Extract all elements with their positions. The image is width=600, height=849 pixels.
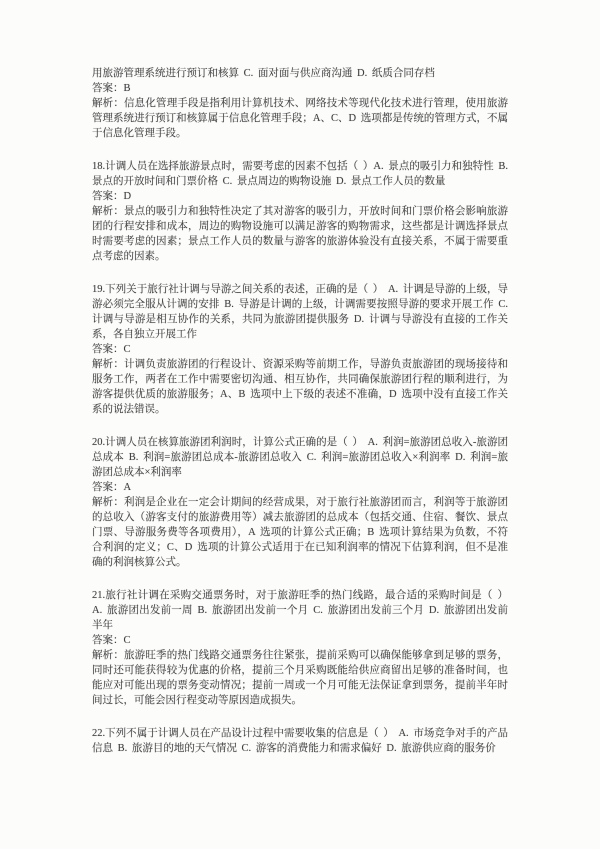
question-text: 19.下列关于旅行社计调与导游之间关系的表述，正确的是（ ） A. 计调是导游的… bbox=[92, 282, 508, 342]
analysis-text: 解析：景点的吸引力和独特性决定了其对游客的吸引力，开放时间和门票价格会影响旅游团… bbox=[92, 204, 508, 264]
question-block-20: 20.计调人员在核算旅游团利润时，计算公式正确的是（ ） A. 利润=旅游团总收… bbox=[92, 435, 508, 570]
question-block-22-truncated: 22.下列不属于计调人员在产品设计过程中需要收集的信息是（ ） A. 市场竞争对… bbox=[92, 726, 508, 756]
question-options-text: 用旅游管理系统进行预订和核算 C. 面对面与供应商沟通 D. 纸质合同存档 bbox=[92, 66, 508, 81]
analysis-text: 解析：计调负责旅游团的行程设计、资源采购等前期工作，导游负责旅游团的现场接待和服… bbox=[92, 357, 508, 417]
exam-content: 用旅游管理系统进行预订和核算 C. 面对面与供应商沟通 D. 纸质合同存档 答案… bbox=[92, 66, 508, 756]
document-page: 用旅游管理系统进行预订和核算 C. 面对面与供应商沟通 D. 纸质合同存档 答案… bbox=[0, 0, 600, 849]
answer-line: 答案：C bbox=[92, 342, 508, 357]
answer-line: 答案：C bbox=[92, 633, 508, 648]
question-block-18: 18.计调人员在选择旅游景点时，需要考虑的因素不包括（ ）A. 景点的吸引力和独… bbox=[92, 159, 508, 264]
question-block-19: 19.下列关于旅行社计调与导游之间关系的表述，正确的是（ ） A. 计调是导游的… bbox=[92, 282, 508, 417]
answer-line: 答案：B bbox=[92, 81, 508, 96]
question-block-17-continued: 用旅游管理系统进行预订和核算 C. 面对面与供应商沟通 D. 纸质合同存档 答案… bbox=[92, 66, 508, 141]
analysis-text: 解析：旅游旺季的热门线路交通票务往往紧张，提前采购可以确保能够拿到足够的票务，同… bbox=[92, 648, 508, 708]
question-text: 18.计调人员在选择旅游景点时，需要考虑的因素不包括（ ）A. 景点的吸引力和独… bbox=[92, 159, 508, 189]
question-text: 20.计调人员在核算旅游团利润时，计算公式正确的是（ ） A. 利润=旅游团总收… bbox=[92, 435, 508, 480]
answer-line: 答案：A bbox=[92, 480, 508, 495]
analysis-text: 解析：利润是企业在一定会计期间的经营成果，对于旅行社旅游团而言，利润等于旅游团的… bbox=[92, 495, 508, 570]
question-text: 22.下列不属于计调人员在产品设计过程中需要收集的信息是（ ） A. 市场竞争对… bbox=[92, 726, 508, 756]
question-text: 21.旅行社计调在采购交通票务时，对于旅游旺季的热门线路，最合适的采购时间是（ … bbox=[92, 588, 508, 633]
analysis-text: 解析：信息化管理手段是指利用计算机技术、网络技术等现代化技术进行管理，使用旅游管… bbox=[92, 96, 508, 141]
question-block-21: 21.旅行社计调在采购交通票务时，对于旅游旺季的热门线路，最合适的采购时间是（ … bbox=[92, 588, 508, 708]
answer-line: 答案：D bbox=[92, 189, 508, 204]
